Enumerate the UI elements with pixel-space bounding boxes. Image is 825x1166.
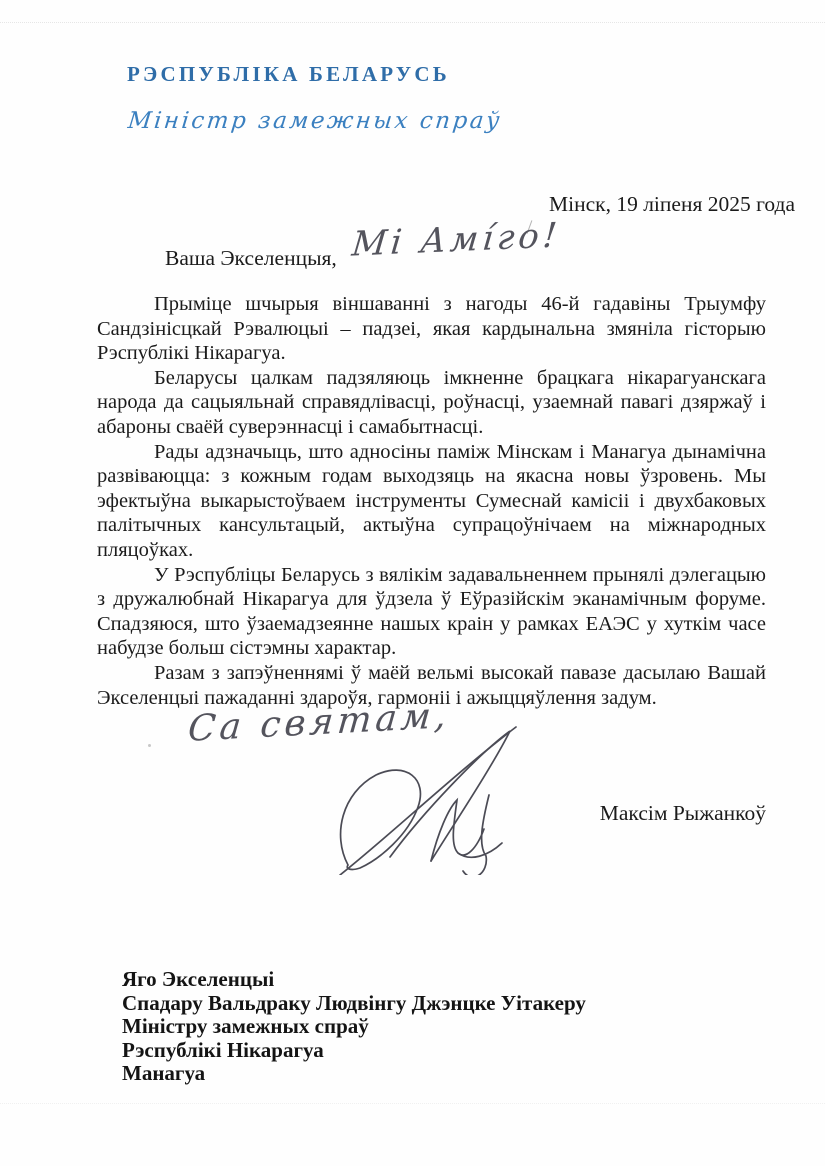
signature-scrawl <box>330 705 530 875</box>
recipient-line: Спадару Вальдраку Людвінгу Джэнцке Уітак… <box>122 992 586 1016</box>
body-paragraph: У Рэспубліцы Беларусь з вялікім задаваль… <box>97 563 766 661</box>
letterhead-minister-title: Міністр замежных спраў <box>127 108 504 134</box>
scan-artifact-line <box>0 1103 825 1104</box>
recipient-line: Міністру замежных спраў <box>122 1015 586 1039</box>
recipient-line: Яго Экселенцыі <box>122 968 586 992</box>
letterhead-country-name: РЭСПУБЛІКА БЕЛАРУСЬ <box>127 62 450 87</box>
scanned-letter-page: РЭСПУБЛІКА БЕЛАРУСЬ Міністр замежных спр… <box>0 0 825 1166</box>
body-paragraph: Прыміце шчырыя віншаванні з нагоды 46-й … <box>97 292 766 366</box>
handwritten-greeting: Мі Амі́го! <box>350 215 562 264</box>
recipient-block: Яго Экселенцыі Спадару Вальдраку Людвінг… <box>122 968 586 1086</box>
signer-name: Максім Рыжанкоў <box>600 801 766 826</box>
body-paragraph: Рады адзначыць, што адносіны паміж Мінск… <box>97 440 766 563</box>
dateline: Мінск, 19 ліпеня 2025 года <box>549 192 795 217</box>
signature-scrawl-icon <box>330 705 530 875</box>
letter-body: Прыміце шчырыя віншаванні з нагоды 46-й … <box>97 292 766 710</box>
recipient-line: Манагуа <box>122 1062 586 1086</box>
scan-artifact-line <box>0 22 825 23</box>
body-paragraph: Беларусы цалкам падзяляюць імкненне брац… <box>97 366 766 440</box>
recipient-line: Рэспублікі Нікарагуа <box>122 1039 586 1063</box>
salutation: Ваша Экселенцыя, <box>165 246 337 271</box>
scan-artifact-dot <box>148 744 151 747</box>
